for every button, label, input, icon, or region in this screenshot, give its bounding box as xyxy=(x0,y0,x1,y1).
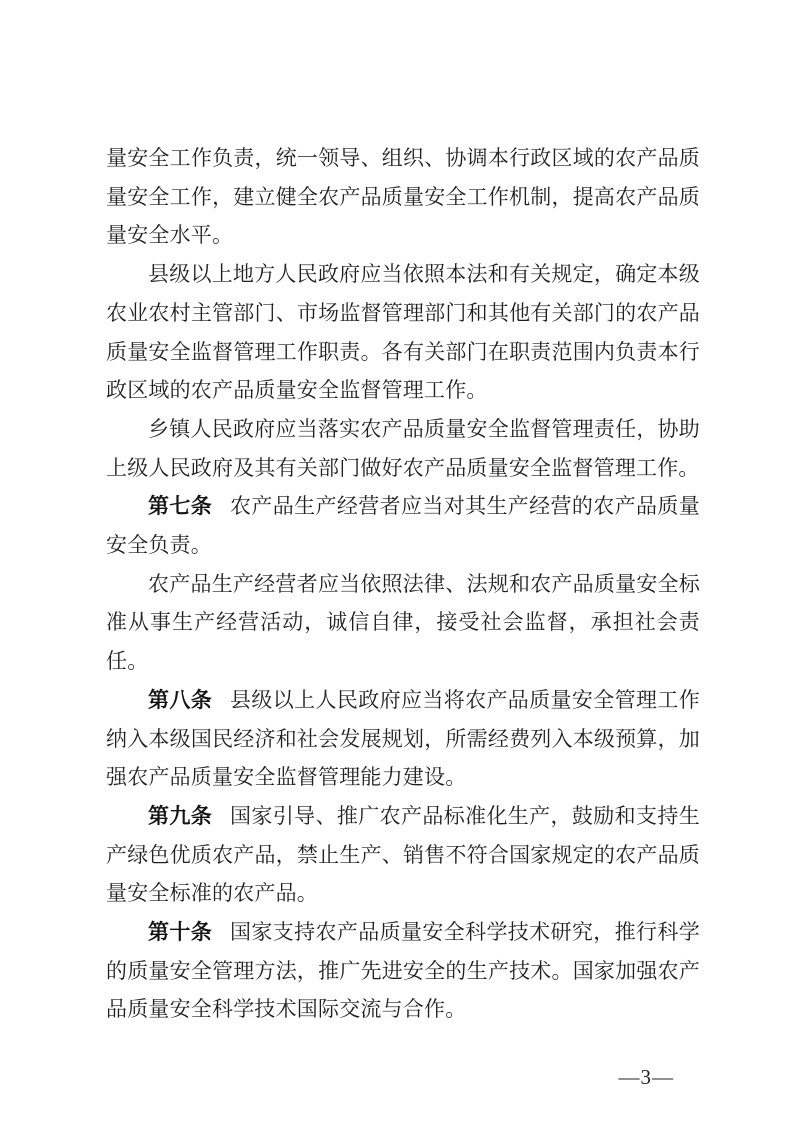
paragraph-text: 农产品生产经营者应当依照法律、法规和农产品质量安全标准从事生产经营活动，诚信自律… xyxy=(106,572,700,673)
page-number: —3— xyxy=(619,1065,675,1089)
document-paragraph-2: 县级以上地方人民政府应当依照本法和有关规定，确定本级农业农村主管部门、市场监督管… xyxy=(106,255,700,410)
article-number: 第七条 xyxy=(148,494,212,518)
document-paragraph-5: 农产品生产经营者应当依照法律、法规和农产品质量安全标准从事生产经营活动，诚信自律… xyxy=(106,565,700,681)
paragraph-text: 量安全工作负责，统一领导、组织、协调本行政区域的农产品质量安全工作，建立健全农产… xyxy=(106,146,700,247)
article-number: 第十条 xyxy=(148,920,212,944)
document-paragraph-8: 第十条国家支持农产品质量安全科学技术研究，推行科学的质量安全管理方法，推广先进安… xyxy=(106,913,700,1029)
paragraph-text: 县级以上地方人民政府应当依照本法和有关规定，确定本级农业农村主管部门、市场监督管… xyxy=(106,262,700,402)
page-footer: —3— xyxy=(0,1062,674,1092)
document-paragraph-7: 第九条国家引导、推广农产品标准化生产，鼓励和支持生产绿色优质农产品，禁止生产、销… xyxy=(106,797,700,913)
document-page: 量安全工作负责，统一领导、组织、协调本行政区域的农产品质量安全工作，建立健全农产… xyxy=(0,0,793,1122)
article-number: 第八条 xyxy=(148,688,212,712)
article-number: 第九条 xyxy=(148,804,212,828)
document-body: 量安全工作负责，统一领导、组织、协调本行政区域的农产品质量安全工作，建立健全农产… xyxy=(106,139,700,1029)
document-paragraph-3: 乡镇人民政府应当落实农产品质量安全监督管理责任，协助上级人民政府及其有关部门做好… xyxy=(106,410,700,487)
document-paragraph-6: 第八条县级以上人民政府应当将农产品质量安全管理工作纳入本级国民经济和社会发展规划… xyxy=(106,681,700,797)
document-paragraph-1: 量安全工作负责，统一领导、组织、协调本行政区域的农产品质量安全工作，建立健全农产… xyxy=(106,139,700,255)
paragraph-text: 乡镇人民政府应当落实农产品质量安全监督管理责任，协助上级人民政府及其有关部门做好… xyxy=(106,417,700,480)
document-paragraph-4: 第七条农产品生产经营者应当对其生产经营的农产品质量安全负责。 xyxy=(106,487,700,564)
